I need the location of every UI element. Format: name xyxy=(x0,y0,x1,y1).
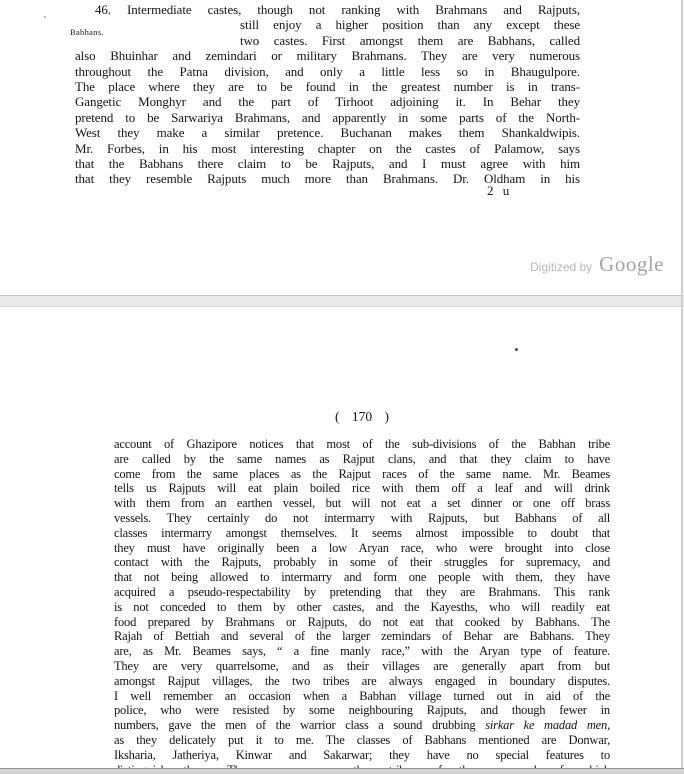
text-line: is not conceded to them by other castes,… xyxy=(114,600,610,615)
text-line: also Bhuinhar and zemindari or military … xyxy=(75,48,580,63)
text-line: The place where they are to be found in … xyxy=(75,79,580,94)
text-line: I well remember an occasion when a Babha… xyxy=(114,689,610,704)
text-line: are called by the same names as Rajput c… xyxy=(114,452,610,467)
page-170: ( 170 ) account of Ghazipore notices tha… xyxy=(0,308,684,768)
italic-phrase: sirkar ke madad men xyxy=(485,718,607,732)
scan-speck xyxy=(515,348,518,351)
text-line: Iksharia, Jatheriya, Kinwar and Sakarwar… xyxy=(114,748,610,763)
scan-speck xyxy=(44,16,46,18)
text-line: vessels. They certainly do not intermarr… xyxy=(114,511,610,526)
text-line: two castes. First amongst them are Babha… xyxy=(240,33,580,48)
text-line: police, who were resisted by some neighb… xyxy=(114,703,610,718)
page2-paragraph: account of Ghazipore notices that most o… xyxy=(114,437,610,768)
page1-paragraph: 46. Intermediate castes, though not rank… xyxy=(75,2,580,187)
text-line: Rajah of Bettiah and several of the larg… xyxy=(114,629,610,644)
google-wordmark: Google xyxy=(599,252,664,277)
text-line: 46. Intermediate castes, though not rank… xyxy=(75,2,580,17)
text-line: West they make a similar pretence. Bucha… xyxy=(75,125,580,140)
page-previous: Babhans. 46. Intermediate castes, though… xyxy=(0,0,684,295)
bottom-page-separator xyxy=(0,768,684,774)
text-line: food prepared by Brahmans or Rajputs, do… xyxy=(114,615,610,630)
page-number: ( 170 ) xyxy=(114,409,610,425)
text-segment: numbers, gave the men of the warrior cla… xyxy=(114,718,485,732)
text-line: with them from an earthen vessel, but wi… xyxy=(114,496,610,511)
text-line: They are very quarrelsome, and as their … xyxy=(114,659,610,674)
book-scan-viewer: Babhans. 46. Intermediate castes, though… xyxy=(0,0,684,774)
page-separator xyxy=(0,295,684,307)
text-line: that the Babhans there claim to be Rajpu… xyxy=(75,156,580,171)
text-line: throughout the Patna division, and only … xyxy=(75,64,580,79)
text-line: classes intermarry amongst themselves. I… xyxy=(114,526,610,541)
viewer-right-border xyxy=(681,0,683,774)
signature-mark: 2 u xyxy=(487,183,512,199)
text-line: pretend to be Sarwariya Brahmans, and ap… xyxy=(75,110,580,125)
text-line: they must have originally been a low Ary… xyxy=(114,541,610,556)
text-line: are, as Mr. Beames says, “ a fine manly … xyxy=(114,644,610,659)
text-line: that not being allowed to intermarry and… xyxy=(114,570,610,585)
digitized-by-google-stamp: Digitized by Google xyxy=(530,252,664,277)
text-line-with-italic: numbers, gave the men of the warrior cla… xyxy=(114,718,610,733)
text-line: Mr. Forbes, in his most interesting chap… xyxy=(75,141,580,156)
digitized-by-label: Digitized by xyxy=(530,260,592,274)
text-line: as they delicately put it to me. The cla… xyxy=(114,733,610,748)
text-line: tells us Rajputs will eat plain boiled r… xyxy=(114,481,610,496)
text-line: Gangetic Monghyr and the part of Tirhoot… xyxy=(75,94,580,109)
text-line: come from the same places as the Rajput … xyxy=(114,467,610,482)
text-segment: , xyxy=(607,718,610,732)
text-line: acquired a pseudo-respectability by pret… xyxy=(114,585,610,600)
text-line: amongst Rajput villages, the two tribes … xyxy=(114,674,610,689)
text-line: still enjoy a higher position than any e… xyxy=(240,17,580,32)
text-line: contact with the Rajputs, probably in so… xyxy=(114,555,610,570)
text-line: account of Ghazipore notices that most o… xyxy=(114,437,610,452)
